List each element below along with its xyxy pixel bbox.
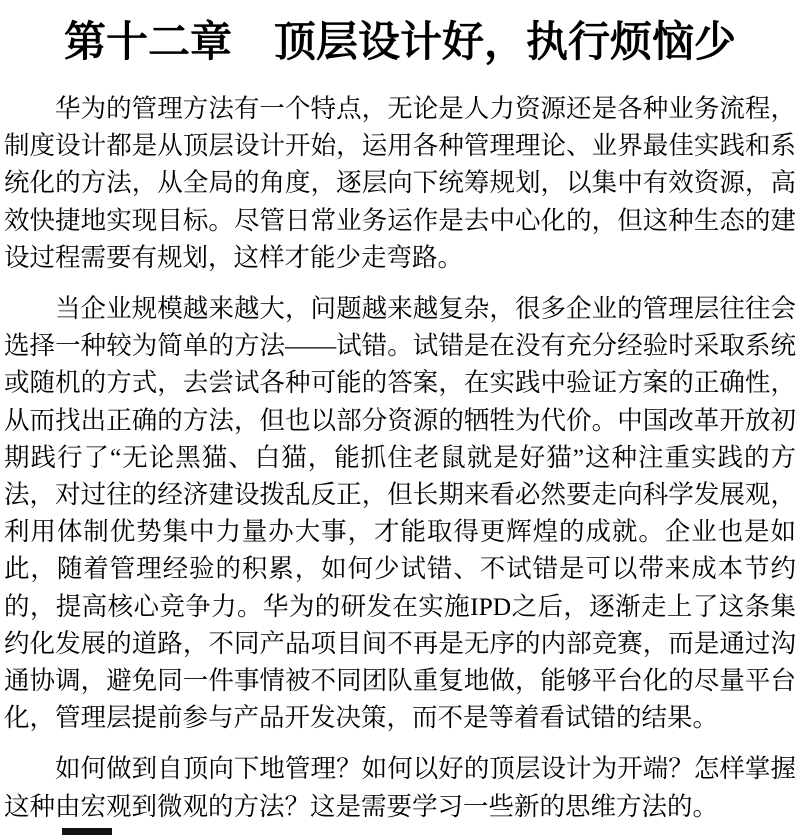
chapter-title: 第十二章 顶层设计好，执行烦恼少 [0,14,800,70]
paragraph-2: 当企业规模越来越大，问题越来越复杂，很多企业的管理层往往会选择一种较为简单的方法… [4,290,796,736]
chapter-body: 华为的管理方法有一个特点，无论是人力资源还是各种业务流程，制度设计都是从顶层设计… [0,90,800,825]
paragraph-1: 华为的管理方法有一个特点，无论是人力资源还是各种业务流程，制度设计都是从顶层设计… [4,90,796,276]
paragraph-3: 如何做到自顶向下地管理？如何以好的顶层设计为开端？怎样掌握这种由宏观到微观的方法… [4,750,796,824]
reading-progress-indicator [62,828,112,835]
book-page: 第十二章 顶层设计好，执行烦恼少 华为的管理方法有一个特点，无论是人力资源还是各… [0,0,800,835]
